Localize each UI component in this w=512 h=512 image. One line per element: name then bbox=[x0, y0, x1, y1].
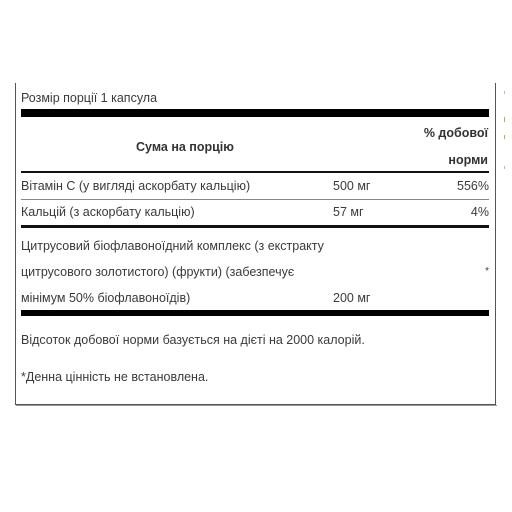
nutrient-amount: 500 мг bbox=[333, 179, 370, 193]
edge-artifact bbox=[504, 166, 505, 169]
header-divider bbox=[21, 171, 489, 173]
amount-per-serving-header: Сума на порцію bbox=[136, 140, 234, 154]
supplement-facts-panel: Розмір порції 1 капсула Сума на порцію %… bbox=[15, 83, 496, 405]
nutrient-name: Вітамін С (у вигляді аскорбату кальцію) bbox=[21, 179, 250, 193]
edge-artifact bbox=[504, 117, 505, 122]
daily-value-header-line1: % добової bbox=[424, 126, 488, 140]
thick-divider bbox=[21, 109, 489, 117]
complex-name-line: мінімум 50% біофлавоноїдів) bbox=[21, 285, 489, 311]
nutrient-daily-value: 4% bbox=[471, 205, 489, 219]
nutrient-amount: 57 мг bbox=[333, 205, 364, 219]
edge-artifact bbox=[504, 135, 505, 139]
row-divider bbox=[21, 199, 489, 200]
complex-name-line: Цитрусовий біофлавоноїдний комплекс (з е… bbox=[21, 233, 489, 259]
serving-size: Розмір порції 1 капсула bbox=[21, 91, 157, 105]
footnote-not-established: *Денна цінність не встановлена. bbox=[21, 370, 208, 384]
nutrient-daily-value: 556% bbox=[457, 179, 489, 193]
complex-daily-value: * bbox=[485, 259, 489, 285]
panel-shadow bbox=[16, 405, 497, 406]
complex-amount: 200 мг bbox=[333, 285, 370, 311]
edge-artifact bbox=[504, 91, 505, 94]
section-divider bbox=[21, 225, 489, 228]
thick-divider bbox=[21, 310, 489, 316]
complex-row: Цитрусовий біофлавоноїдний комплекс (з е… bbox=[21, 233, 489, 311]
footnote-daily-value: Відсоток добової норми базується на дієт… bbox=[21, 333, 365, 347]
complex-name-line: цитрусового золотистого) (фрукти) (забез… bbox=[21, 259, 489, 285]
daily-value-header-line2: норми bbox=[448, 153, 488, 167]
nutrient-name: Кальцій (з аскорбату кальцію) bbox=[21, 205, 195, 219]
